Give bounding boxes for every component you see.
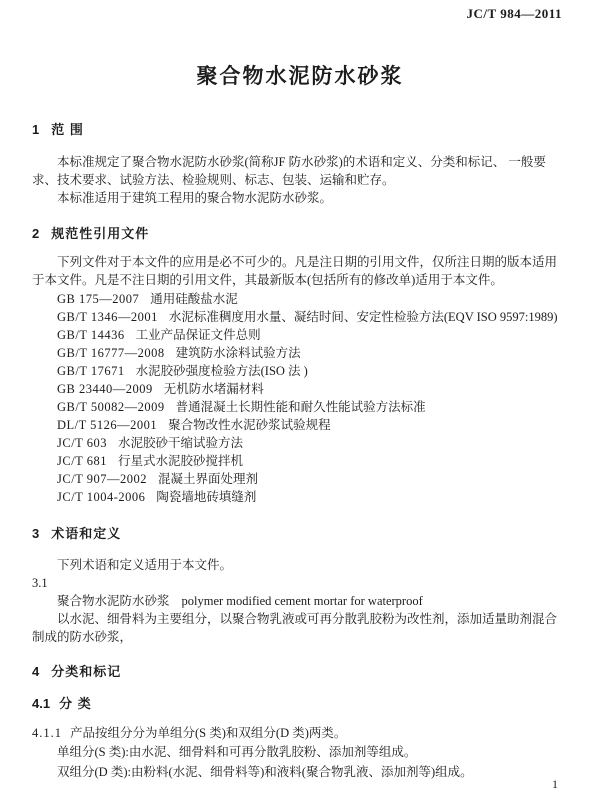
terms-intro: 下列术语和定义适用于本文件。 — [32, 556, 568, 574]
reference-list: GB 175—2007通用硅酸盐水泥 GB/T 1346—2001水泥标准稠度用… — [32, 290, 568, 506]
reference-title: 水泥标准稠度用水量、凝结时间、安定性检验方法(EQV ISO 9597:1989… — [158, 310, 558, 324]
reference-code: GB/T 50082—2009 — [57, 400, 165, 414]
reference-code: GB/T 14436 — [57, 328, 125, 342]
clause-4-1-1-text: 产品按组分分为单组分(S 类)和双组分(D 类)两类。 — [70, 726, 346, 740]
reference-title: 水泥胶砂强度检验方法(ISO 法 ) — [125, 364, 308, 378]
section-2-heading: 2规范性引用文件 — [32, 226, 568, 241]
reference-item: JC/T 603水泥胶砂干缩试验方法 — [32, 434, 568, 452]
section-terms: 3术语和定义 下列术语和定义适用于本文件。 3.1 聚合物水泥防水砂浆polym… — [32, 526, 568, 646]
reference-item: GB/T 14436工业产品保证文件总则 — [32, 326, 568, 344]
double-component-line: 双组分(D 类):由粉料(水泥、细骨料等)和液料(聚合物乳液、添加剂等)组成。 — [32, 763, 568, 782]
section-1-heading: 1范 围 — [32, 122, 568, 137]
reference-item: GB/T 16777—2008建筑防水涂料试验方法 — [32, 344, 568, 362]
section-scope: 1范 围 本标准规定了聚合物水泥防水砂浆(简称JF 防水砂浆)的术语和定义、分类… — [32, 122, 568, 207]
reference-item: JC/T 1004-2006陶瓷墙地砖填缝剂 — [32, 488, 568, 506]
reference-code: JC/T 1004-2006 — [57, 490, 145, 504]
document-title: 聚合物水泥防水砂浆 — [32, 63, 568, 91]
section-4-heading: 4分类和标记 — [32, 664, 568, 679]
section-1-number: 1 — [32, 122, 39, 137]
reference-title: 建筑防水涂料试验方法 — [165, 346, 301, 360]
reference-title: 行星式水泥胶砂搅拌机 — [107, 454, 243, 468]
scope-paragraph-2: 本标准适用于建筑工程用的聚合物水泥防水砂浆。 — [32, 189, 568, 207]
reference-code: GB/T 17671 — [57, 364, 125, 378]
reference-item: DL/T 5126—2001聚合物改性水泥砂浆试验规程 — [32, 416, 568, 434]
section-4-1-number: 4.1 — [32, 696, 50, 711]
clause-4-1-1: 4.1.1产品按组分分为单组分(S 类)和双组分(D 类)两类。 — [32, 724, 568, 742]
section-3-number: 3 — [32, 526, 39, 541]
reference-title: 通用硅酸盐水泥 — [139, 292, 238, 306]
section-1-title: 范 围 — [51, 122, 84, 137]
reference-code: GB/T 1346—2001 — [57, 310, 158, 324]
reference-item: JC/T 681行星式水泥胶砂搅拌机 — [32, 452, 568, 470]
reference-item: GB 175—2007通用硅酸盐水泥 — [32, 290, 568, 308]
section-4-title: 分类和标记 — [51, 664, 121, 679]
reference-code: JC/T 681 — [57, 454, 107, 468]
references-intro: 下列文件对于本文件的应用是必不可少的。凡是注日期的引用文件，仅所注日期的版本适用… — [32, 253, 568, 289]
standard-code: JC/T 984—2011 — [32, 0, 568, 21]
page-number: 1 — [552, 777, 558, 791]
section-4-number: 4 — [32, 664, 39, 679]
section-classification: 4分类和标记 4.1分 类 4.1.1产品按组分分为单组分(S 类)和双组分(D… — [32, 664, 568, 782]
term-entry: 聚合物水泥防水砂浆polymer modified cement mortar … — [32, 592, 568, 610]
reference-title: 工业产品保证文件总则 — [125, 328, 261, 342]
reference-code: JC/T 603 — [57, 436, 107, 450]
section-4-1-title: 分 类 — [59, 696, 92, 711]
reference-code: GB 175—2007 — [57, 292, 139, 306]
section-2-number: 2 — [32, 226, 39, 241]
reference-item: GB/T 17671水泥胶砂强度检验方法(ISO 法 ) — [32, 362, 568, 380]
reference-code: GB 23440—2009 — [57, 382, 153, 396]
reference-code: JC/T 907—2002 — [57, 472, 147, 486]
reference-item: GB/T 50082—2009普通混凝土长期性能和耐久性能试验方法标准 — [32, 398, 568, 416]
reference-title: 聚合物改性水泥砂浆试验规程 — [157, 418, 331, 432]
single-component-line: 单组分(S 类):由水泥、细骨料和可再分散乳胶粉、添加剂等组成。 — [32, 743, 568, 762]
term-definition: 以水泥、细骨料为主要组分，以聚合物乳液或可再分散乳胶粉为改性剂，添加适量助剂混合… — [32, 610, 568, 646]
document-page: JC/T 984—2011 聚合物水泥防水砂浆 1范 围 本标准规定了聚合物水泥… — [0, 0, 600, 800]
reference-title: 水泥胶砂干缩试验方法 — [107, 436, 243, 450]
term-english: polymer modified cement mortar for water… — [170, 594, 423, 608]
term-chinese: 聚合物水泥防水砂浆 — [57, 594, 170, 608]
reference-item: GB/T 1346—2001水泥标准稠度用水量、凝结时间、安定性检验方法(EQV… — [32, 308, 568, 326]
reference-item: GB 23440—2009无机防水堵漏材料 — [32, 380, 568, 398]
reference-item: JC/T 907—2002混凝土界面处理剂 — [32, 470, 568, 488]
section-4-1-heading: 4.1分 类 — [32, 696, 568, 711]
section-2-title: 规范性引用文件 — [51, 226, 149, 241]
term-number: 3.1 — [32, 574, 568, 592]
section-3-title: 术语和定义 — [51, 526, 121, 541]
reference-code: DL/T 5126—2001 — [57, 418, 157, 432]
reference-title: 陶瓷墙地砖填缝剂 — [145, 490, 256, 504]
reference-title: 普通混凝土长期性能和耐久性能试验方法标准 — [165, 400, 426, 414]
section-3-heading: 3术语和定义 — [32, 526, 568, 541]
reference-title: 混凝土界面处理剂 — [147, 472, 258, 486]
clause-4-1-1-number: 4.1.1 — [32, 724, 62, 742]
scope-paragraph-1: 本标准规定了聚合物水泥防水砂浆(简称JF 防水砂浆)的术语和定义、分类和标记、 … — [32, 153, 568, 189]
reference-code: GB/T 16777—2008 — [57, 346, 165, 360]
reference-title: 无机防水堵漏材料 — [153, 382, 264, 396]
section-references: 2规范性引用文件 下列文件对于本文件的应用是必不可少的。凡是注日期的引用文件，仅… — [32, 226, 568, 506]
